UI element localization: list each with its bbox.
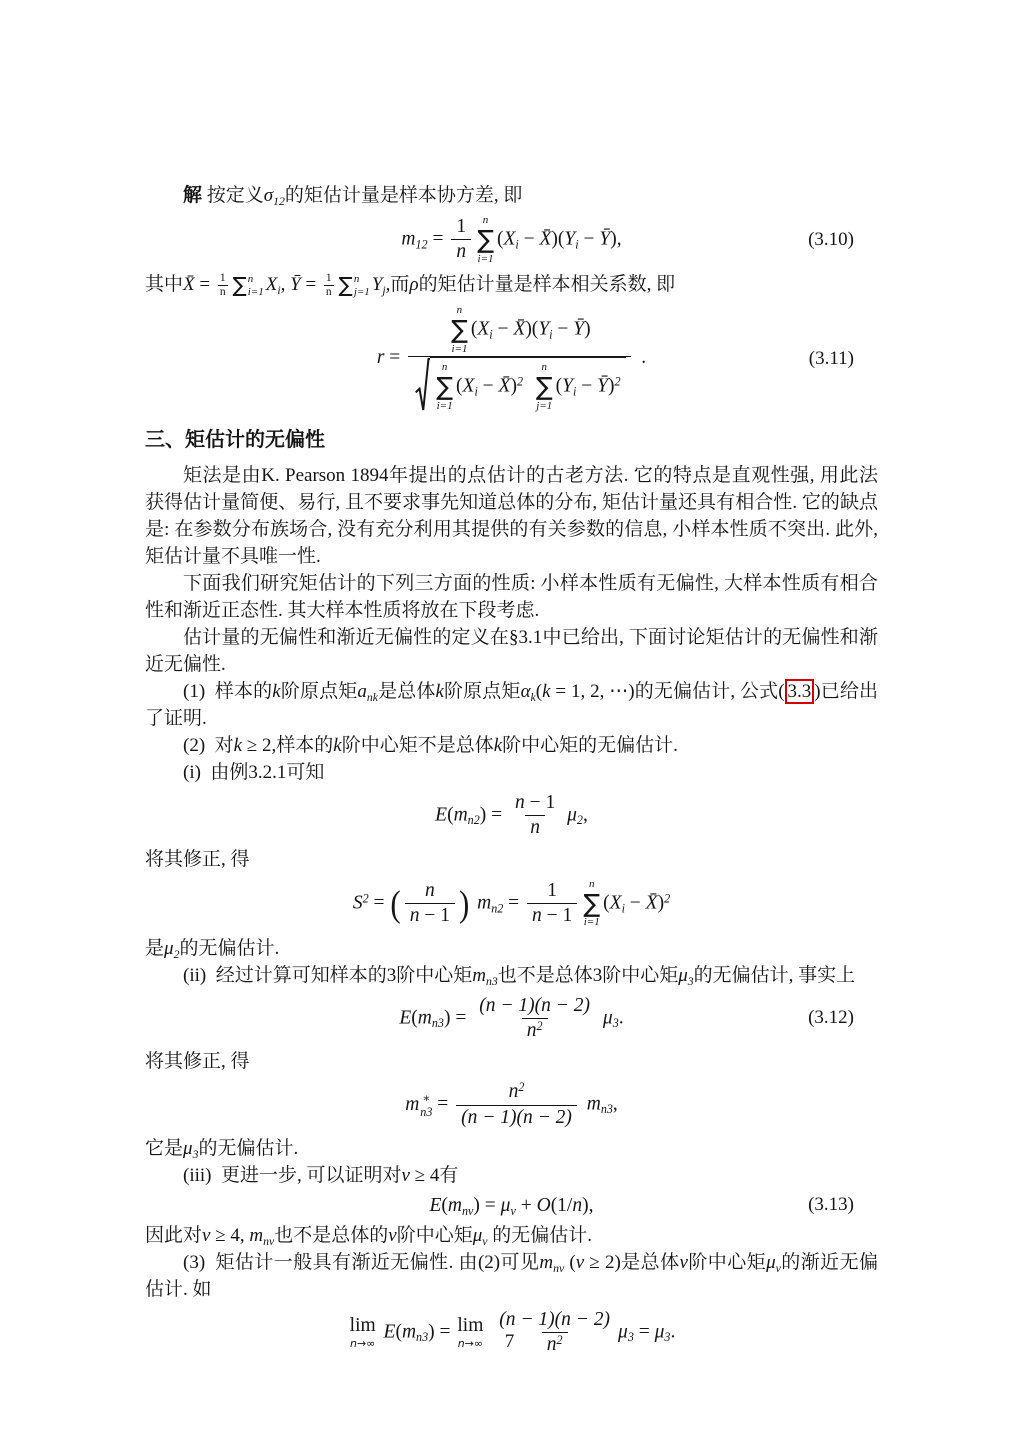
paragraph-item-iii: (iii) 更进一步, 可以证明对ν ≥ 4有: [145, 1162, 878, 1189]
document-page: 解 按定义σ12的矩估计量是样本协方差, 即 m12 = 1nn∑i=1(Xi …: [0, 0, 1019, 1440]
equation-mn2: E(mn2) = n − 1nμ2,: [145, 791, 878, 841]
paragraph-correct-2: 将其修正, 得: [145, 1048, 878, 1075]
radical-sign: n∑i=1(Xi − X̄)2n∑j=1(Yi − Ȳ)2: [415, 357, 625, 413]
page-number: 7: [0, 1331, 1019, 1353]
summation-symbol: n∑i=1: [477, 214, 494, 266]
equation-3-13: E(mnν) = μν + O(1/n), (3.13): [145, 1194, 878, 1217]
paragraph-mu2-unbiased: 是μ2的无偏估计.: [145, 935, 878, 962]
equation-s2-body: S2 = (nn − 1)mn2 = 1n − 1n∑i=1(Xi − X̄)2: [353, 878, 670, 930]
summation-symbol: n∑j=1: [536, 361, 553, 413]
paragraph-correct-1: 将其修正, 得: [145, 846, 878, 873]
link-eq-3-3[interactable]: 3.3: [785, 679, 815, 704]
summation-symbol: n∑i=1: [583, 878, 600, 930]
equation-3-10: m12 = 1nn∑i=1(Xi − X̄)(Yi − Ȳ), (3.10): [145, 214, 878, 266]
equation-mstar: m∗n3 = n2(n − 1)(n − 2)mn3,: [145, 1080, 878, 1130]
paragraph-item-i: (i) 由例3.2.1可知: [145, 759, 878, 786]
paragraph-solution: 解 按定义σ12的矩估计量是样本协方差, 即: [145, 182, 878, 209]
equation-number-3-13: (3.13): [808, 1194, 854, 1216]
summation-symbol: ∑ni=1: [233, 273, 264, 298]
summation-symbol: n∑i=1: [436, 361, 453, 413]
equation-3-11: r = n∑i=1(Xi − X̄)(Yi − Ȳ)n∑i=1(Xi − X̄)…: [145, 304, 878, 413]
equation-number-3-10: (3.10): [808, 229, 854, 251]
summation-symbol: n∑i=1: [451, 304, 468, 356]
paragraph-definitions: 估计量的无偏性和渐近无偏性的定义在§3.1中已给出, 下面讨论矩估计的无偏性和渐…: [145, 624, 878, 678]
equation-3-12: E(mn3) = (n − 1)(n − 2)n2μ3. (3.12): [145, 994, 878, 1044]
page-content: 解 按定义σ12的矩估计量是样本协方差, 即 m12 = 1nn∑i=1(Xi …: [145, 182, 878, 1363]
section-heading: 三、矩估计的无偏性: [145, 427, 878, 453]
paragraph-item-ii: (ii) 经过计算可知样本的3阶中心矩mn3也不是总体3阶中心矩μ3的无偏估计,…: [145, 962, 878, 989]
paragraph-therefore: 因此对ν ≥ 4, mnν也不是总体的ν阶中心矩μν 的无偏估计.: [145, 1222, 878, 1249]
equation-3-11-body: r = n∑i=1(Xi − X̄)(Yi − Ȳ)n∑i=1(Xi − X̄)…: [377, 304, 646, 413]
equation-mstar-body: m∗n3 = n2(n − 1)(n − 2)mn3,: [405, 1080, 618, 1130]
paragraph-mu3-unbiased: 它是μ3的无偏估计.: [145, 1135, 878, 1162]
equation-number-3-11: (3.11): [809, 348, 854, 370]
equation-3-10-body: m12 = 1nn∑i=1(Xi − X̄)(Yi − Ȳ),: [401, 214, 621, 266]
paragraph-moment-method: 矩法是由K. Pearson 1894年提出的点估计的古老方法. 它的特点是直观…: [145, 462, 878, 570]
equation-number-3-12: (3.12): [808, 1007, 854, 1029]
paragraph-item-3: (3) 矩估计一般具有渐近无偏性. 由(2)可见mnν (ν ≥ 2)是总体ν阶…: [145, 1249, 878, 1303]
paragraph-three-properties: 下面我们研究矩估计的下列三方面的性质: 小样本性质有无偏性, 大样本性质有相合性…: [145, 570, 878, 624]
paragraph-where: 其中X̄ = 1n∑ni=1Xi, Ȳ = 1n∑nj=1Yj,而ρ的矩估计量是…: [145, 271, 878, 299]
summation-symbol: ∑nj=1: [339, 273, 370, 298]
equation-3-12-body: E(mn3) = (n − 1)(n − 2)n2μ3.: [399, 994, 623, 1044]
paragraph-item-2: (2) 对k ≥ 2,样本的k阶中心矩不是总体k阶中心矩的无偏估计.: [145, 732, 878, 759]
paragraph-item-1: (1) 样本的k阶原点矩ank是总体k阶原点矩αk(k = 1, 2, ⋯)的无…: [145, 678, 878, 732]
equation-3-13-body: E(mnν) = μν + O(1/n),: [430, 1195, 594, 1217]
equation-s2: S2 = (nn − 1)mn2 = 1n − 1n∑i=1(Xi − X̄)2: [145, 878, 878, 930]
equation-mn2-body: E(mn2) = n − 1nμ2,: [435, 791, 588, 841]
